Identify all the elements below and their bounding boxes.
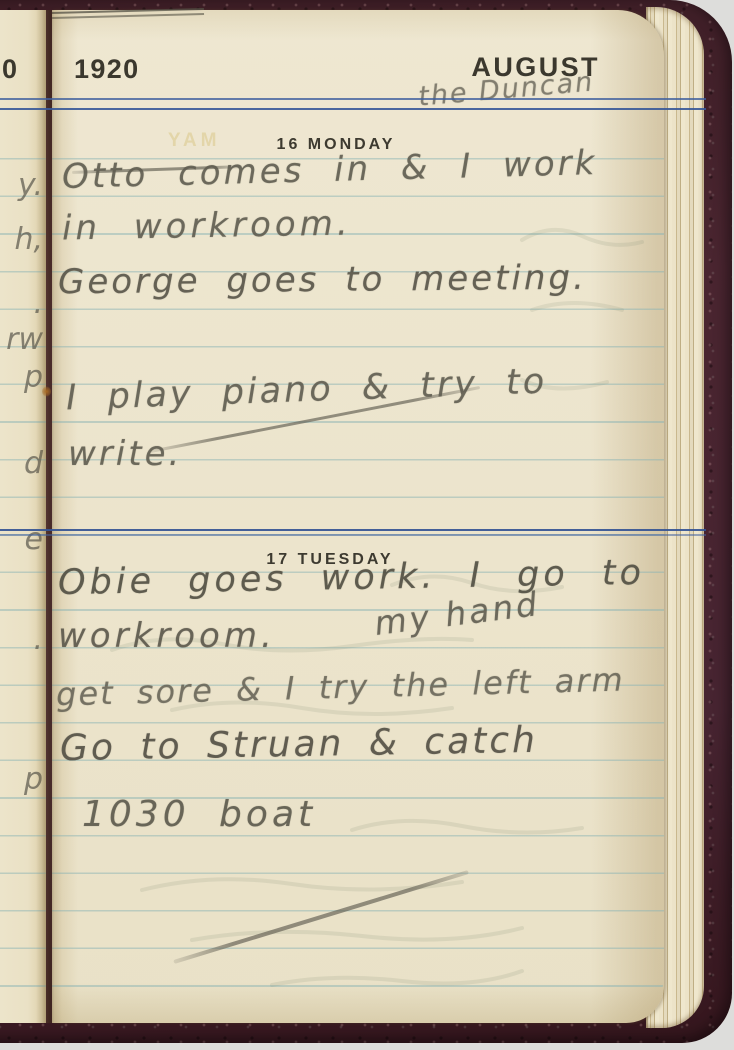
section-divider-rule (0, 529, 706, 531)
diary-scan: 0 y. h, . rw p d e . p MAY 1920 AUGUST (0, 0, 734, 1050)
handwriting-annotation: the Duncan (417, 66, 595, 112)
year-label: 1920 (74, 54, 139, 85)
section-divider-rule-thin (0, 534, 706, 536)
facing-page-year-partial: 0 (2, 54, 17, 85)
page-stain (42, 386, 51, 397)
handwriting-line: Go to Struan & catch (60, 720, 539, 769)
header-rule-top (0, 98, 706, 100)
pencil-double-underline (52, 8, 204, 19)
handwriting-line: in workroom. (62, 203, 352, 248)
handwriting-line: 1030 boat (82, 794, 316, 835)
handwriting-line: George goes to meeting. (58, 258, 587, 303)
diary-page: MAY 1920 AUGUST 16 MONDAY the Duncan Ott… (52, 10, 664, 1023)
handwriting-line: workroom. (58, 616, 276, 656)
header-rule-bottom (0, 108, 706, 110)
handwriting-line: write. (68, 434, 182, 474)
gutter-shadow (36, 10, 62, 1023)
